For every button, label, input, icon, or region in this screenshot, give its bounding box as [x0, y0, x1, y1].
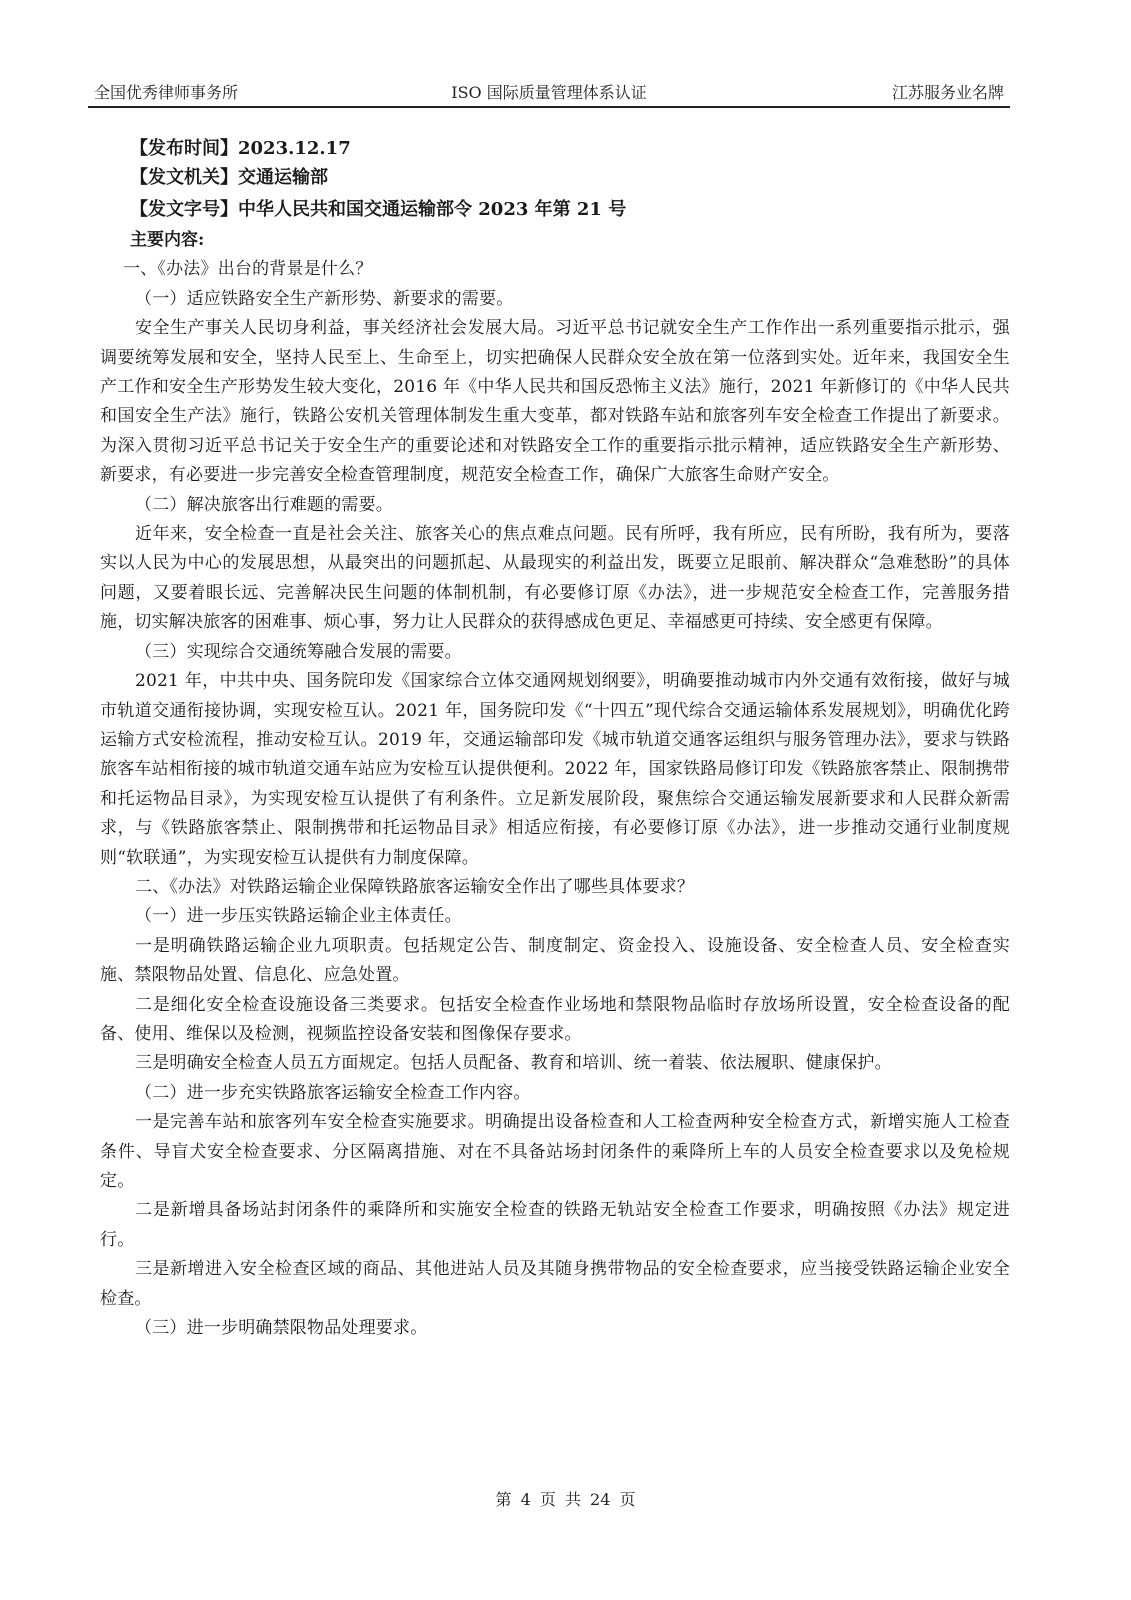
- publish-date-line: 【发布时间】2023.12.17: [100, 134, 1010, 163]
- doc-number-value: 中华人民共和国交通运输部令 2023 年第 21 号: [238, 199, 626, 220]
- main-content-heading: 主要内容:: [100, 226, 1010, 255]
- q2-paragraph-4: 一是完善车站和旅客列车安全检查实施要求。明确提出设备检查和人工检查两种安全检查方…: [100, 1108, 1010, 1196]
- q1-subheading-2: （二）解决旅客出行难题的需要。: [100, 491, 1010, 520]
- q1-subheading-3: （三）实现综合交通统筹融合发展的需要。: [100, 638, 1010, 667]
- issuer-line: 【发文机关】交通运输部: [100, 163, 1010, 192]
- issuer-value: 交通运输部: [238, 167, 328, 188]
- q2-subheading-3: （三）进一步明确禁限物品处理要求。: [100, 1314, 1010, 1343]
- q2-subheading-2: （二）进一步充实铁路旅客运输安全检查工作内容。: [100, 1079, 1010, 1108]
- q2-paragraph-5: 二是新增具备场站封闭条件的乘降所和实施安全检查的铁路无轨站安全检查工作要求，明确…: [100, 1196, 1010, 1255]
- question-2-heading: 二、《办法》对铁路运输企业保障铁路旅客运输安全作出了哪些具体要求？: [100, 873, 1010, 902]
- page-header: 全国优秀律师事务所 ISO 国际质量管理体系认证 江苏服务业名牌: [88, 78, 1010, 106]
- question-1-heading: 一、《办法》出台的背景是什么？: [100, 255, 1010, 284]
- q2-paragraph-3: 三是明确安全检查人员五方面规定。包括人员配备、教育和培训、统一着装、依法履职、健…: [100, 1049, 1010, 1078]
- q1-paragraph-3: 2021 年，中共中央、国务院印发《国家综合立体交通网规划纲要》，明确要推动城市…: [100, 667, 1010, 873]
- doc-number-line: 【发文字号】中华人民共和国交通运输部令 2023 年第 21 号: [100, 195, 1010, 224]
- document-body: 【发布时间】2023.12.17 【发文机关】交通运输部 【发文字号】中华人民共…: [100, 134, 1010, 1343]
- q2-subheading-1: （一）进一步压实铁路运输企业主体责任。: [100, 902, 1010, 931]
- q1-paragraph-1: 安全生产事关人民切身利益，事关经济社会发展大局。习近平总书记就安全生产工作作出一…: [100, 314, 1010, 490]
- page-number-footer: 第 4 页 共 24 页: [0, 1487, 1131, 1510]
- header-center-text: ISO 国际质量管理体系认证: [88, 80, 1010, 103]
- header-right-text: 江苏服务业名牌: [892, 80, 1004, 103]
- publish-date-label: 【发布时间】: [130, 138, 238, 159]
- q2-paragraph-6: 三是新增进入安全检查区域的商品、其他进站人员及其随身携带物品的安全检查要求，应当…: [100, 1255, 1010, 1314]
- q2-paragraph-2: 二是细化安全检查设施设备三类要求。包括安全检查作业场地和禁限物品临时存放场所设置…: [100, 991, 1010, 1050]
- q2-paragraph-1: 一是明确铁路运输企业九项职责。包括规定公告、制度制定、资金投入、设施设备、安全检…: [100, 932, 1010, 991]
- issuer-label: 【发文机关】: [130, 167, 238, 188]
- publish-date-value: 2023.12.17: [238, 138, 351, 159]
- q1-subheading-1: （一）适应铁路安全生产新形势、新要求的需要。: [100, 285, 1010, 314]
- q1-paragraph-2: 近年来，安全检查一直是社会关注、旅客关心的焦点难点问题。民有所呼，我有所应，民有…: [100, 520, 1010, 638]
- doc-number-label: 【发文字号】: [130, 199, 238, 220]
- header-divider: [88, 106, 1010, 108]
